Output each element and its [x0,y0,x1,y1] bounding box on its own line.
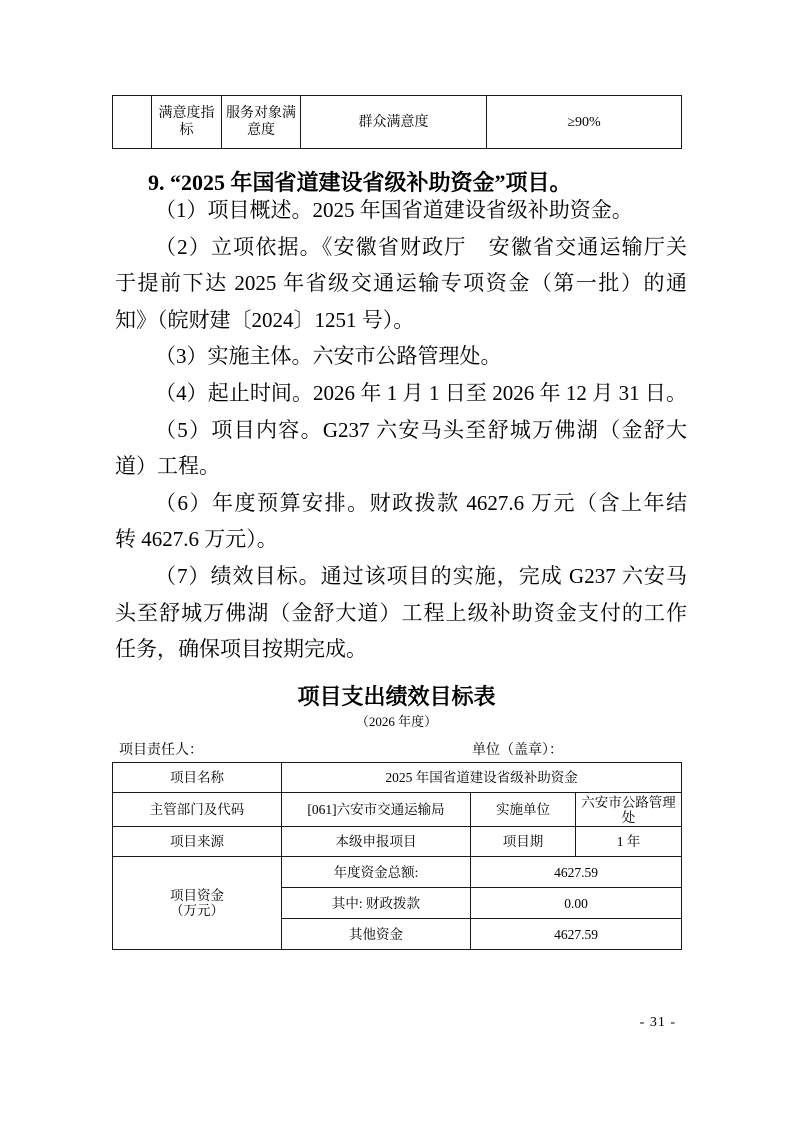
fiscal-allocation-value-cell: 0.00 [471,888,682,919]
indicator-category-cell: 满意度指标 [152,96,222,149]
page-number: - 31 - [640,1015,676,1031]
paragraph-line: 头至舒城万佛湖（金舒大道）工程上级补助资金支付的工作 [115,595,687,632]
dept-label-cell: 主管部门及代码 [113,793,282,827]
project-name-label-cell: 项目名称 [113,763,282,793]
project-target-table: 项目名称 2025 年国省道建设省级补助资金 主管部门及代码 [061]六安市交… [112,762,682,950]
table-row: 项目来源 本级申报项目 项目期 1 年 [113,827,682,857]
target-table-title: 项目支出绩效目标表 [0,680,793,711]
paragraph-line: 于提前下达 2025 年省级交通运输专项资金（第一批）的通 [115,265,687,302]
funds-group-label-cell: 项目资金 （万元） [113,857,282,950]
table-row: 主管部门及代码 [061]六安市交通运输局 实施单位 六安市公路管理处 [113,793,682,827]
indicator-target-cell: ≥90% [487,96,682,149]
other-funds-label-cell: 其他资金 [282,919,471,950]
target-table-subtitle: （2026 年度） [0,711,793,730]
other-funds-value-cell: 4627.59 [471,919,682,950]
impl-unit-label-cell: 实施单位 [471,793,576,827]
paragraph-line: 知》（皖财建〔2024〕1251 号）。 [115,302,687,339]
empty-cell [113,96,152,149]
period-value-cell: 1 年 [576,827,682,857]
table-row: 项目名称 2025 年国省道建设省级补助资金 [113,763,682,793]
source-value-cell: 本级申报项目 [282,827,471,857]
indicator-name-cell: 群众满意度 [301,96,487,149]
project-name-value-cell: 2025 年国省道建设省级补助资金 [282,763,682,793]
target-table-meta: 项目责任人： 单位（盖章）： [119,739,681,757]
paragraph-line: 转 4627.6 万元）。 [115,521,687,558]
table-row: 满意度指标 服务对象满意度 群众满意度 ≥90% [113,96,682,149]
paragraph-line: （4）起止时间。2026 年 1 月 1 日至 2026 年 12 月 31 日… [115,375,687,412]
source-label-cell: 项目来源 [113,827,282,857]
annual-total-label-cell: 年度资金总额: [282,857,471,888]
document-page: 满意度指标 服务对象满意度 群众满意度 ≥90% 9. “2025 年国省道建设… [0,0,793,1122]
paragraph-line: （7）绩效目标。通过该项目的实施，完成 G237 六安马 [115,558,687,595]
paragraph-line: （3）实施主体。六安市公路管理处。 [115,338,687,375]
impl-unit-value-cell: 六安市公路管理处 [576,793,682,827]
paragraph-line: （6）年度预算安排。财政拨款 4627.6 万元（含上年结 [115,485,687,522]
period-label-cell: 项目期 [471,827,576,857]
unit-seal-label: 单位（盖章）： [472,739,563,759]
paragraph-line: （1）项目概述。2025 年国省道建设省级补助资金。 [115,192,687,229]
section-body: （1）项目概述。2025 年国省道建设省级补助资金。 （2）立项依据。《安徽省财… [115,192,687,668]
paragraph-line: （2）立项依据。《安徽省财政厅 安徽省交通运输厅关 [115,229,687,266]
paragraph-line: 任务，确保项目按期完成。 [115,631,687,668]
paragraph-line: 道）工程。 [115,448,687,485]
annual-total-value-cell: 4627.59 [471,857,682,888]
paragraph-line: （5）项目内容。G237 六安马头至舒城万佛湖（金舒大 [115,412,687,449]
dept-value-cell: [061]六安市交通运输局 [282,793,471,827]
table-row: 项目资金 （万元） 年度资金总额: 4627.59 [113,857,682,888]
satisfaction-indicator-table: 满意度指标 服务对象满意度 群众满意度 ≥90% [112,95,682,149]
fiscal-allocation-label-cell: 其中: 财政拨款 [282,888,471,919]
indicator-subcategory-cell: 服务对象满意度 [222,96,301,149]
responsible-person-label: 项目责任人： [119,743,203,758]
